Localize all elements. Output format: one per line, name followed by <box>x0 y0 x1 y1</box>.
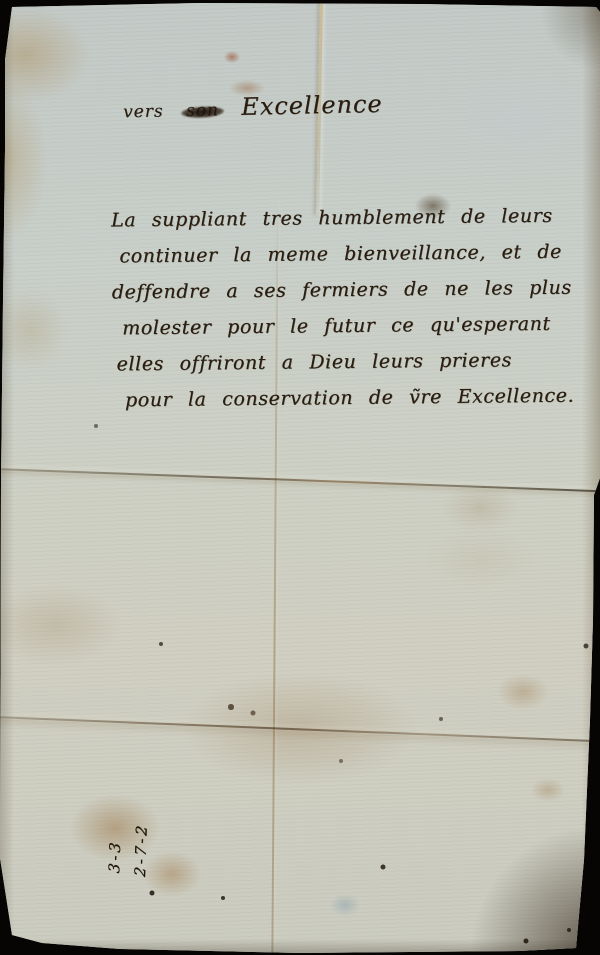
photo-edge-vignette <box>0 0 600 955</box>
body-line: La suppliant tres humblement de leurs <box>111 198 581 239</box>
struck-out-word: son <box>186 100 219 121</box>
archival-number-note: 3-3 2-7-2 <box>101 817 155 878</box>
ink-speckles <box>0 0 2 2</box>
body-line: deffendre a ses fermiers de ne les plus <box>112 270 582 311</box>
body-line: pour la conservation de ṽre Excellence. <box>113 378 583 419</box>
address-prefix: vers <box>123 102 164 123</box>
manuscript-page: vers son Excellence La suppliant tres hu… <box>0 0 600 955</box>
horizontal-fold-lower <box>0 716 600 743</box>
address-line: vers son Excellence <box>123 89 444 124</box>
petition-body: La suppliant tres humblement de leurs co… <box>111 198 583 419</box>
body-line: molester pour le futur ce qu'esperant <box>112 306 582 347</box>
archival-number-line: 2-7-2 <box>127 821 155 878</box>
archival-number-line: 3-3 <box>101 817 129 874</box>
body-line: elles offriront a Dieu leurs prieres <box>112 342 582 383</box>
horizontal-fold-upper <box>0 468 600 493</box>
body-line: continuer la meme bienveillance, et de <box>111 234 581 275</box>
address-title-word: Excellence <box>241 90 383 121</box>
